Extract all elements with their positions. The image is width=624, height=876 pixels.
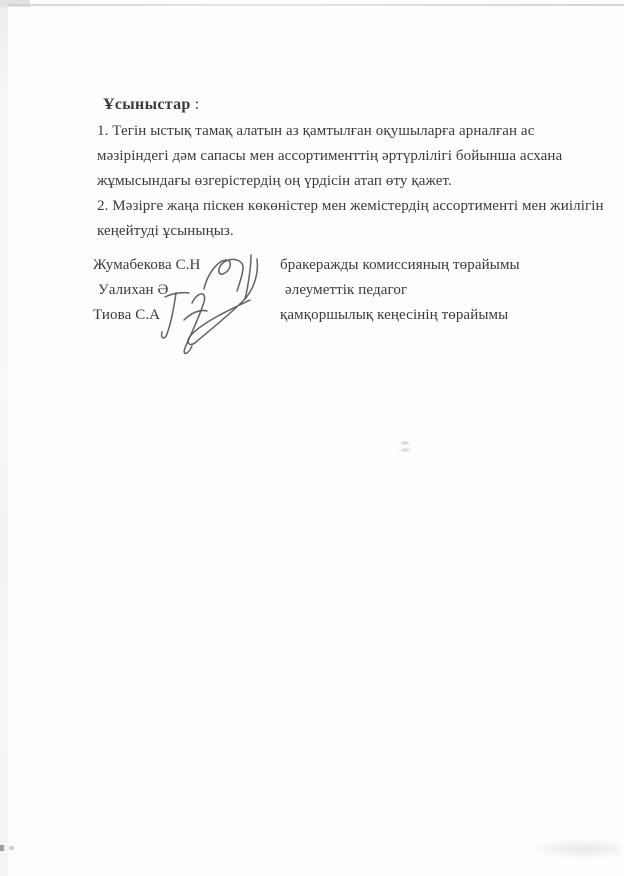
signatory-name: Тиова С.А [93,303,280,328]
signatory-title: қамқоршылық кеңесінің төрайымы [280,303,508,328]
body-line: 2. Мәзірге жаңа піскен көкөністер мен же… [97,194,604,219]
scan-bottom-left-mark [0,845,4,851]
signatory-row: Тиова С.А қамқоршылық кеңесінің төрайымы [93,303,520,328]
heading-text: Ұсыныстар [103,96,191,113]
scan-smudge [397,438,413,455]
body-line: жұмысындағы өзгерістердің оң үрдісін ата… [97,169,604,194]
signatories-block: Жумабекова С.Н бракеражды комиссияның тө… [93,253,520,328]
scan-bottom-left-mark [9,846,14,850]
document-heading: Ұсыныстар : [103,94,199,116]
signatory-row: Уалихан Ә әлеуметтік педагог [93,278,520,303]
signatory-row: Жумабекова С.Н бракеражды комиссияның тө… [93,253,520,278]
body-line: 1. Тегін ыстық тамақ алатын аз қамтылған… [97,119,604,144]
body-line: кеңейтуді ұсыныңыз. [97,219,604,244]
signatory-name: Уалихан Ә [93,278,285,303]
heading-colon: : [191,96,199,113]
signatory-title: әлеуметтік педагог [285,278,407,303]
body-line: мәзіріндегі дәм сапасы мен ассортиментті… [97,144,604,169]
signatory-title: бракеражды комиссияның төрайымы [280,253,520,278]
scan-top-edge [8,4,624,6]
signatory-name: Жумабекова С.Н [93,253,280,278]
scan-smudge [530,838,620,860]
scan-left-edge [0,0,8,876]
scanned-document-page: Ұсыныстар : 1. Тегін ыстық тамақ алатын … [0,0,624,876]
recommendations-text: 1. Тегін ыстық тамақ алатын аз қамтылған… [97,119,604,244]
